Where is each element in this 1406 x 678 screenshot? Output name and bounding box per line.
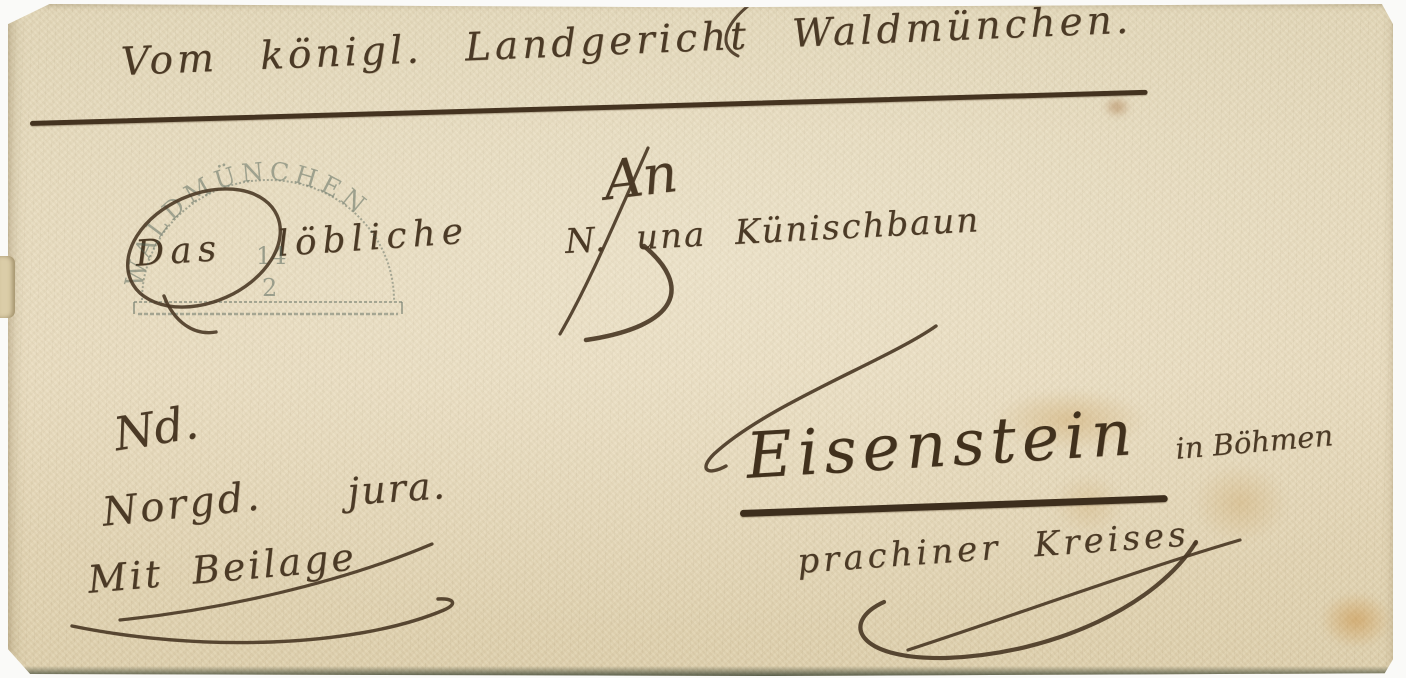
paper-bottom-shadow-edge (8, 666, 1393, 676)
ink-flourishes (8, 4, 1393, 676)
flourish-docket-diagonal (120, 544, 432, 620)
scanned-letter-page: { "page": { "background": "#fafaf8" }, "… (0, 0, 1406, 678)
torn-paper-tab (0, 256, 15, 318)
flourish-beilage-underline (72, 599, 453, 643)
letter-paper: Vom königl. Landgericht Waldmünchen. An … (8, 4, 1393, 676)
flourish-district-swash-loop (860, 542, 1196, 658)
flourish-destination-ascender (706, 326, 936, 471)
flourish-top-hook (726, 6, 748, 56)
flourish-an-descender (560, 148, 648, 334)
